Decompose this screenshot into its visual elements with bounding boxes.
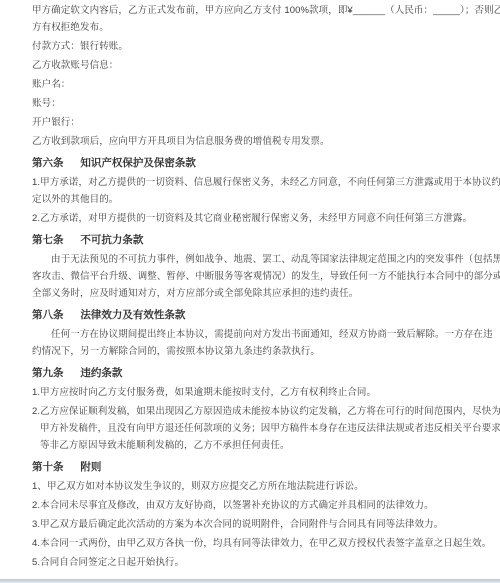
section-title: 附则	[80, 461, 101, 473]
text-line: 账户名：	[32, 76, 484, 93]
section-title: 知识产权保护及保密条款	[80, 157, 196, 169]
section-heading-6: 第六条 知识产权保护及保密条款	[32, 155, 484, 172]
paragraph-sec7-body: 由于无法预见的不可抗力事件，例如战争、地震、罢工、动乱等国家法律规定范围之内的突…	[32, 251, 484, 302]
section-title: 不可抗力条款	[80, 234, 143, 246]
section-heading-8: 第八条 法律效力及有效性条款	[32, 307, 484, 324]
text-line: 客攻击、微信平台升级、调整、暂停、中断服务等客观情况）的发生，导致任何一方不能执…	[32, 268, 484, 285]
text-line: 由于无法预见的不可抗力事件，例如战争、地震、罢工、动乱等国家法律规定范围之内的突…	[32, 251, 484, 268]
text-line: 5.合同自合同签定之日起开始执行。	[32, 554, 484, 571]
paragraph-account-name: 账户名：	[32, 76, 484, 93]
text-line: 定以外的其他目的。	[32, 191, 484, 208]
text-line: 账号：	[32, 95, 484, 112]
text-line: 1.甲方应按时向乙方支付服务费，如果逾期未能按时支付，乙方有权利终止合同。	[32, 384, 484, 401]
bottom-edge-strip	[0, 579, 500, 583]
text-line: 全部义务时，应及时通知对方，对方应部分或全部免除其应承担的违约责任。	[32, 285, 484, 302]
paragraph-payment-terms: 甲方确定软文内容后，乙方正式发布前，甲方应向乙方支付 100%款项，即¥____…	[32, 2, 484, 36]
section-number: 第六条	[32, 157, 64, 169]
paragraph-bank: 开户银行：	[32, 114, 484, 131]
text-line: 乙方收到款项后，应向甲方开具项目为信息服务费的增值税专用发票。	[32, 133, 484, 150]
paragraph-payment-method: 付款方式：银行转账。	[32, 38, 484, 55]
text-line: 2.乙方应保证顺利发稿，如果出现因乙方原因造成未能按本协议约定发稿，乙方将在可行…	[32, 403, 484, 420]
section-number: 第九条	[32, 367, 64, 379]
text-line: 1、甲乙双方如对本协议发生争议的，则双方应提交乙方所在地法院进行诉讼。	[32, 478, 484, 495]
paragraph-sec10-item2: 2.本合同未尽事宜及修改，由双方友好协商，以签署补充协议的方式确定并具相同的法律…	[32, 497, 484, 514]
paragraph-sec9-item2: 2.乙方应保证顺利发稿，如果出现因乙方原因造成未能按本协议约定发稿，乙方将在可行…	[32, 403, 484, 454]
paragraph-sec10-item3: 3.甲乙双方最后确定此次活动的方案为本次合同的说明附件，合同附件与合同具有同等法…	[32, 516, 484, 533]
text-line: 方有权拒绝发布。	[32, 19, 484, 36]
text-line: 2.本合同未尽事宜及修改，由双方友好协商，以签署补充协议的方式确定并具相同的法律…	[32, 497, 484, 514]
text-line: 任何一方在协议期间提出终止本协议，需提前向对方发出书面通知，经双方协商一致后解除…	[32, 326, 484, 343]
section-heading-10: 第十条 附则	[32, 459, 484, 476]
section-number: 第十条	[32, 461, 64, 473]
text-line: 甲方确定软文内容后，乙方正式发布前，甲方应向乙方支付 100%款项，即¥____…	[32, 2, 484, 19]
paragraph-sec10-item5: 5.合同自合同签定之日起开始执行。	[32, 554, 484, 571]
text-line: 约情况下，另一方解除合同的，需按照本协议第九条违约条款执行。	[32, 343, 484, 360]
text-line: 等非乙方原因导致未能顺利发稿的，乙方不承担任何责任。	[32, 437, 484, 454]
text-line: 2.乙方承诺，对甲方提供的一切资料及其它商业秘密履行保密义务，未经甲方同意不向任…	[32, 210, 484, 227]
section-title: 违约条款	[80, 367, 122, 379]
section-heading-7: 第七条 不可抗力条款	[32, 232, 484, 249]
paragraph-sec6-item2: 2.乙方承诺，对甲方提供的一切资料及其它商业秘密履行保密义务，未经甲方同意不向任…	[32, 210, 484, 227]
paragraph-sec6-item1: 1.甲方承诺，对乙方提供的一切资料、信息履行保密义务，未经乙方同意，不向任何第三…	[32, 174, 484, 208]
contract-page: 甲方确定软文内容后，乙方正式发布前，甲方应向乙方支付 100%款项，即¥____…	[0, 0, 500, 583]
section-number: 第八条	[32, 309, 64, 321]
text-line: 付款方式：银行转账。	[32, 38, 484, 55]
text-line: 开户银行：	[32, 114, 484, 131]
paragraph-invoice: 乙方收到款项后，应向甲方开具项目为信息服务费的增值税专用发票。	[32, 133, 484, 150]
text-line: 4.本合同一式两份，由甲乙双方各执一份，均具有同等法律效力，在甲乙双方授权代表签…	[32, 535, 484, 552]
section-title: 法律效力及有效性条款	[80, 309, 185, 321]
contract-body: 甲方确定软文内容后，乙方正式发布前，甲方应向乙方支付 100%款项，即¥____…	[0, 0, 500, 571]
section-heading-9: 第九条 违约条款	[32, 365, 484, 382]
paragraph-account-number: 账号：	[32, 95, 484, 112]
text-line: 3.甲乙双方最后确定此次活动的方案为本次合同的说明附件，合同附件与合同具有同等法…	[32, 516, 484, 533]
paragraph-account-info-label: 乙方收款账号信息：	[32, 57, 484, 74]
paragraph-sec9-item1: 1.甲方应按时向乙方支付服务费，如果逾期未能按时支付，乙方有权利终止合同。	[32, 384, 484, 401]
paragraph-sec8-body: 任何一方在协议期间提出终止本协议，需提前向对方发出书面通知，经双方协商一致后解除…	[32, 326, 484, 360]
section-number: 第七条	[32, 234, 64, 246]
text-line: 甲方补发稿件，且没有向甲方退还任何款项的义务；因甲方稿件本身存在违反法律法规或者…	[32, 420, 484, 437]
paragraph-sec10-item4: 4.本合同一式两份，由甲乙双方各执一份，均具有同等法律效力，在甲乙双方授权代表签…	[32, 535, 484, 552]
text-line: 乙方收款账号信息：	[32, 57, 484, 74]
text-line: 1.甲方承诺，对乙方提供的一切资料、信息履行保密义务，未经乙方同意，不向任何第三…	[32, 174, 484, 191]
paragraph-sec10-item1: 1、甲乙双方如对本协议发生争议的，则双方应提交乙方所在地法院进行诉讼。	[32, 478, 484, 495]
